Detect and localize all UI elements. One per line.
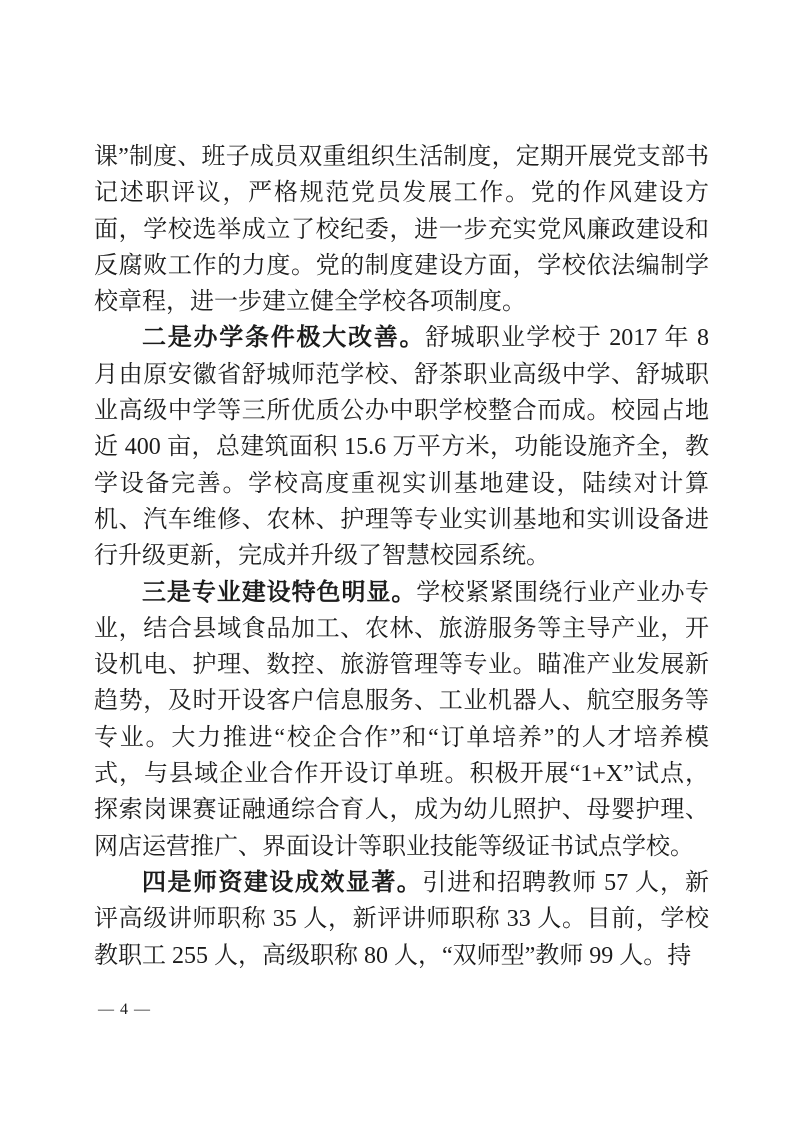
document-page: 课”制度、班子成员双重组织生活制度，定期开展党支部书记述职评议，严格规范党员发展… — [0, 0, 793, 1122]
paragraph-lead: 三是专业建设特色明显。 — [142, 579, 416, 606]
paragraph-lead: 二是办学条件极大改善。 — [142, 324, 425, 351]
paragraph-lead: 四是师资建设成效显著。 — [142, 869, 422, 896]
paragraph: 三是专业建设特色明显。学校紧紧围绕行业产业办专业，结合县域食品加工、农林、旅游服… — [94, 575, 709, 865]
paragraph-text: 课”制度、班子成员双重组织生活制度，定期开展党支部书记述职评议，严格规范党员发展… — [94, 144, 709, 315]
paragraph-text: 学校紧紧围绕行业产业办专业，结合县域食品加工、农林、旅游服务等主导产业，开设机电… — [94, 580, 709, 860]
paragraph: 四是师资建设成效显著。引进和招聘教师 57 人，新评高级讲师职称 35 人，新评… — [94, 865, 709, 974]
paragraph: 课”制度、班子成员双重组织生活制度，定期开展党支部书记述职评议，严格规范党员发展… — [94, 139, 709, 320]
document-body: 课”制度、班子成员双重组织生活制度，定期开展党支部书记述职评议，严格规范党员发展… — [94, 139, 709, 974]
paragraph-text: 舒城职业学校于 2017 年 8 月由原安徽省舒城师范学校、舒茶职业高级中学、舒… — [94, 325, 709, 569]
paragraph: 二是办学条件极大改善。舒城职业学校于 2017 年 8 月由原安徽省舒城师范学校… — [94, 320, 709, 574]
page-number: — 4 — — [98, 1000, 151, 1020]
